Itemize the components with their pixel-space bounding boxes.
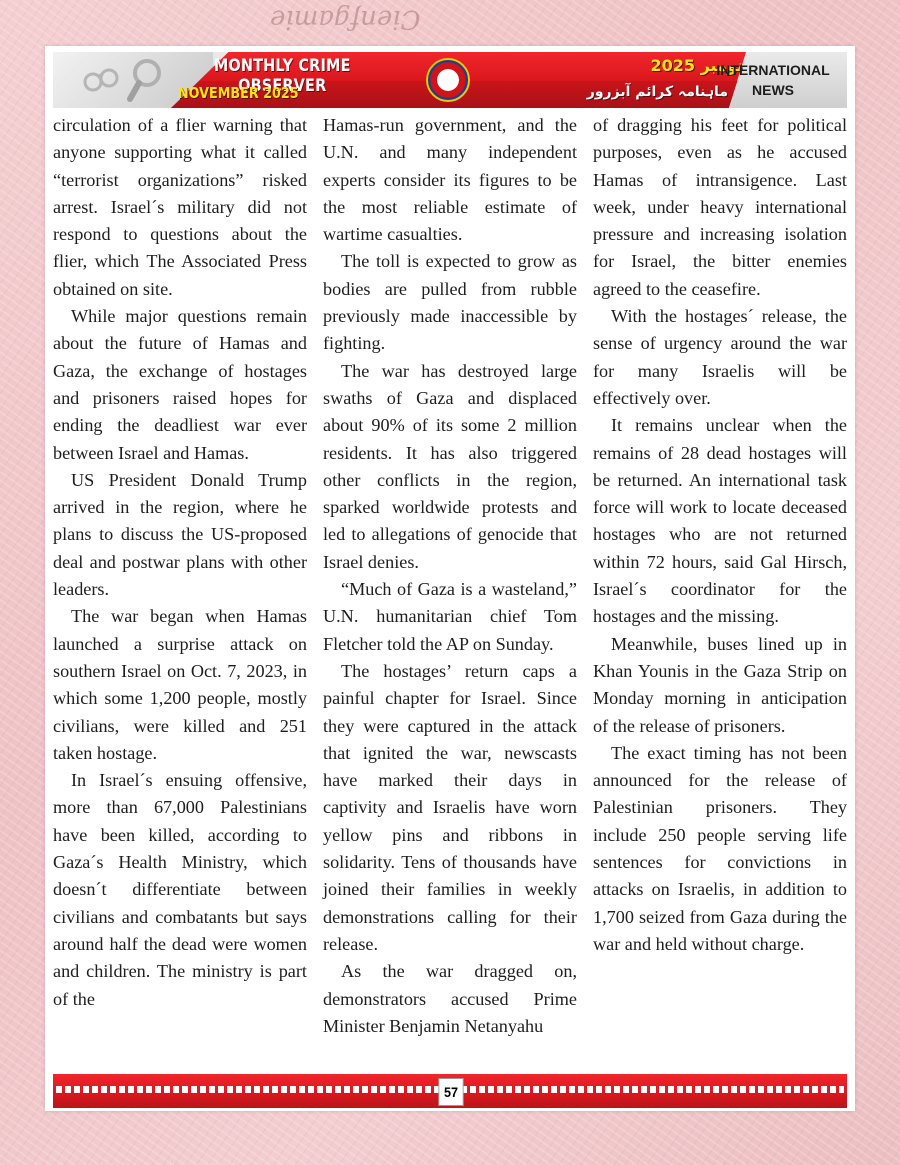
emblem-logo [426,58,470,102]
paragraph: While major questions remain about the f… [53,303,307,467]
section-label-line2: NEWS [703,80,843,100]
section-label-line1: INTERNATIONAL [703,60,843,80]
article-column-3: of dragging his feet for political purpo… [593,112,847,958]
page-number: 57 [438,1078,463,1106]
paragraph: The exact timing has not been announced … [593,740,847,958]
paragraph: It remains unclear when the remains of 2… [593,412,847,630]
paragraph: Hamas-run government, and the U.N. and m… [323,112,577,248]
paragraph: “Much of Gaza is a wasteland,” U.N. huma… [323,576,577,658]
page-footer-bar: 57 [53,1074,847,1108]
background-masthead-text: Cienfgamie [270,4,420,34]
paragraph: The war began when Hamas launched a surp… [53,603,307,767]
magazine-page: MONTHLY CRIME OBSERVER NOVEMBER 2025 نوم… [45,46,855,1111]
issue-month: NOVEMBER 2025 [178,84,299,102]
article-column-2: Hamas-run government, and the U.N. and m… [323,112,577,1040]
paragraph: of dragging his feet for political purpo… [593,112,847,303]
page-header: MONTHLY CRIME OBSERVER NOVEMBER 2025 نوم… [53,52,847,108]
paragraph: With the hostages´ release, the sense of… [593,303,847,412]
paragraph: circulation of a flier warning that anyo… [53,112,307,303]
magazine-title-urdu: ماہنامہ کرائم آبزرور [533,84,728,100]
article-column-1: circulation of a flier warning that anyo… [53,112,307,1013]
paragraph: In Israel´s ensuing offensive, more than… [53,767,307,1013]
magnifier-icon [125,56,167,104]
paragraph: The war has destroyed large swaths of Ga… [323,358,577,576]
paragraph: US President Donald Trump arrived in the… [53,467,307,603]
paragraph: The toll is expected to grow as bodies a… [323,248,577,357]
paragraph: The hostages’ return caps a painful chap… [323,658,577,958]
handcuffs-icon [83,64,121,96]
paragraph: As the war dragged on, demonstrators acc… [323,958,577,1040]
section-label: INTERNATIONAL NEWS [703,60,843,100]
paragraph: Meanwhile, buses lined up in Khan Younis… [593,631,847,740]
